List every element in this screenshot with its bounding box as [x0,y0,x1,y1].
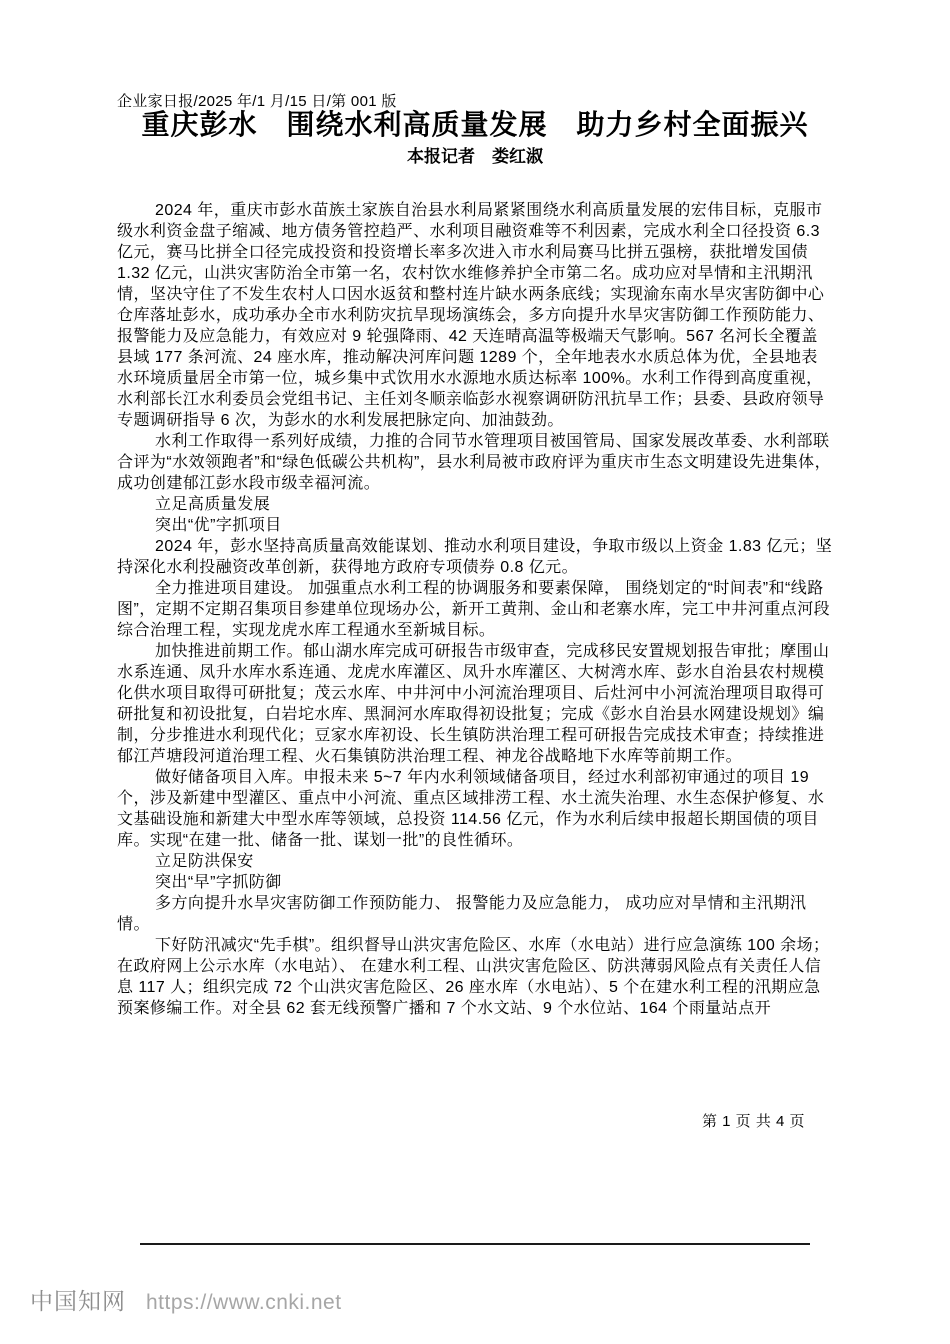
article-subhead: 立足防洪保安 [117,851,834,872]
page-number: 第 1 页 共 4 页 [702,1112,805,1132]
footer-divider [140,1243,810,1245]
newspaper-sheet: 企业家日报/2025 年/1 月/15 日/第 001 版 重庆彭水 围绕水利高… [0,0,950,1344]
article-body: 2024 年，重庆市彭水苗族土家族自治县水利局紧紧围绕水利高质量发展的宏伟目标，… [117,200,834,1019]
cnki-url[interactable]: https://www.cnki.net [146,1291,342,1315]
article-paragraph: 下好防汛减灾“先手棋”。组织督导山洪灾害危险区、水库（水电站）进行应急演练 10… [117,935,834,1019]
article-paragraph: 加快推进前期工作。郁山湖水库完成可研报告市级审查，完成移民安置规划报告审批；摩围… [117,641,834,767]
article-title: 重庆彭水 围绕水利高质量发展 助力乡村全面振兴 [0,108,950,142]
article-paragraph: 多方向提升水旱灾害防御工作预防能力、 报警能力及应急能力， 成功应对旱情和主汛期… [117,893,834,935]
article-paragraph: 2024 年，重庆市彭水苗族土家族自治县水利局紧紧围绕水利高质量发展的宏伟目标，… [117,200,834,431]
article-subhead: 突出“优”字抓项目 [117,515,834,536]
article-paragraph: 做好储备项目入库。申报未来 5~7 年内水利领域储备项目，经过水利部初审通过的项… [117,767,834,851]
article-subhead: 突出“早”字抓防御 [117,872,834,893]
article-paragraph: 2024 年，彭水坚持高质量高效能谋划、推动水利项目建设，争取市级以上资金 1.… [117,536,834,578]
article-paragraph: 水利工作取得一系列好成绩，力推的合同节水管理项目被国管局、国家发展改革委、水利部… [117,431,834,494]
footer-watermark: 中国知网 https://www.cnki.net [30,1283,342,1316]
document-page: { "page": { "masthead": "企业家日报/2025 年/1 … [0,0,950,1344]
cnki-logo: 中国知网 [30,1283,126,1316]
article-paragraph: 全力推进项目建设。 加强重点水利工程的协调服务和要素保障， 围绕划定的“时间表”… [117,578,834,641]
article-subhead: 立足高质量发展 [117,494,834,515]
byline: 本报记者 娄红淑 [0,146,950,168]
